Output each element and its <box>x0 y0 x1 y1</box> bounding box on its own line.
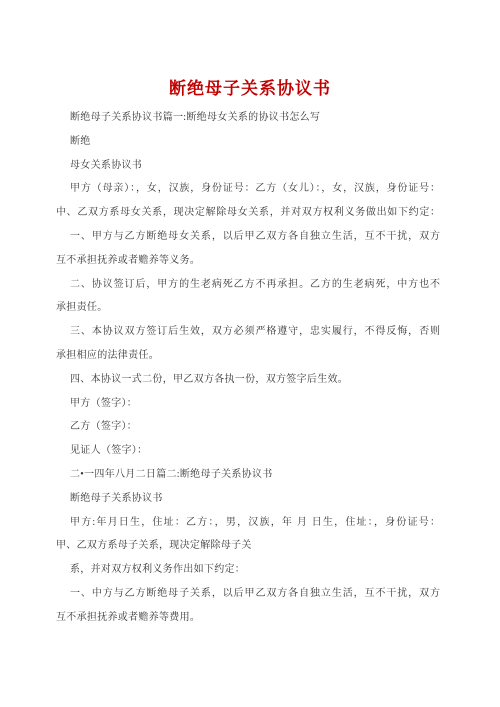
text-line: 四、本协议一式二份，甲乙双方各执一份，双方签字后生效。 <box>56 368 440 392</box>
text-line: 互不承担抚养或者赡养等义务。 <box>56 249 440 273</box>
text-line: 一、甲方与乙方断绝母女关系，以后甲乙双方各自独立生活，互不干扰，双方 <box>56 225 440 249</box>
text-line: 系，并对双方权利义务作出如下约定： <box>56 558 440 582</box>
text-line: 三、本协议双方签订后生效，双方必须严格遵守，忠实履行，不得反悔，否则 <box>56 320 440 344</box>
text-line: 一、中方与乙方断绝母子关系，以后甲乙双方各自独立生活，互不干扰，双方 <box>56 582 440 606</box>
text-line: 二、协议签订后，甲方的生老病死乙方不再承担。乙方的生老病死，中方也不 <box>56 273 440 297</box>
text-line: 互不承担抚养或者赡养等费用。 <box>56 606 440 630</box>
text-line: 甲方（签字）： <box>56 392 440 416</box>
text-line: 见证人（签字）： <box>56 439 440 463</box>
text-line: 甲方（母亲）：，女，汉族，身份证号：乙方（女儿）：，女，汉族，身份证号： <box>56 177 440 201</box>
document-title: 断绝母子关系协议书 <box>0 74 500 99</box>
document-body: 断绝母子关系协议书篇一:断绝母女关系的协议书怎么写断绝母女关系协议书甲方（母亲）… <box>56 106 440 630</box>
document-page: 断绝母子关系协议书 断绝母子关系协议书篇一:断绝母女关系的协议书怎么写断绝母女关… <box>0 0 500 707</box>
text-line: 二•一四年八月二日篇二:断绝母子关系协议书 <box>56 463 440 487</box>
text-line: 断绝母子关系协议书篇一:断绝母女关系的协议书怎么写 <box>56 106 440 130</box>
text-line: 中、乙双方系母女关系，现决定解除母女关系，并对双方权利义务做出如下约定： <box>56 201 440 225</box>
text-line: 乙方（签字）： <box>56 415 440 439</box>
text-line: 断绝 <box>56 130 440 154</box>
text-line: 甲、乙双方系母子关系，现决定解除母子关 <box>56 534 440 558</box>
text-line: 断绝母子关系协议书 <box>56 487 440 511</box>
text-line: 甲方:年月日生，住址：乙方：，男，汉族，年 月 日生，住址：，身份证号： <box>56 511 440 535</box>
text-line: 承担责任。 <box>56 296 440 320</box>
text-line: 母女关系协议书 <box>56 154 440 178</box>
text-line: 承担相应的法律责任。 <box>56 344 440 368</box>
